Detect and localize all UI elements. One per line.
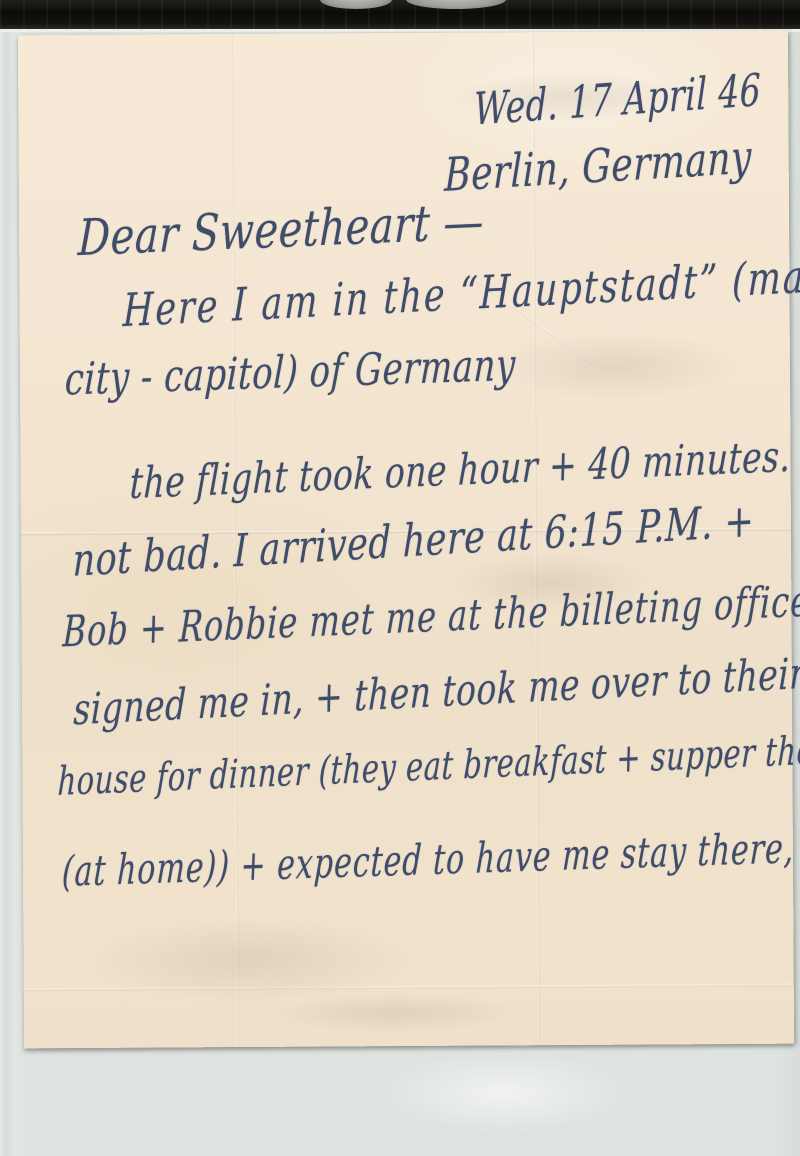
- location-line: Berlin, Germany: [444, 132, 752, 203]
- letter-page: Wed. 17 April 46 Berlin, Germany Dear Sw…: [18, 31, 794, 1049]
- clip-reflection-right: [406, 0, 506, 9]
- handwriting-line: signed me in, + then took me over to the…: [73, 648, 800, 735]
- handwriting-line: the flight took one hour + 40 minutes.: [129, 431, 791, 509]
- salutation-line: Dear Sweetheart —: [77, 193, 485, 267]
- binding-strip: [0, 0, 800, 32]
- date-line: Wed. 17 April 46: [474, 63, 761, 135]
- handwriting-line: Bob + Robbie met me at the billeting off…: [62, 575, 800, 657]
- ink-show-through: [83, 913, 414, 1005]
- handwriting-line: house for dinner (they eat breakfast + s…: [57, 726, 800, 805]
- handwriting-line: Here I am in the “Hauptstadt” (main: [122, 250, 800, 338]
- clip-reflection-left: [320, 0, 392, 9]
- handwriting-line: (at home)) + expected to have me stay th…: [61, 822, 800, 897]
- handwriting-line: not bad. I arrived here at 6:15 P.M. +: [72, 496, 754, 587]
- ink-show-through: [490, 331, 740, 403]
- horizontal-fold-crease: [24, 984, 794, 992]
- handwriting-line: city - capitol) of Germany: [64, 340, 517, 407]
- scanned-letter-photo: Wed. 17 April 46 Berlin, Germany Dear Sw…: [0, 0, 800, 1156]
- ink-show-through: [264, 992, 524, 1034]
